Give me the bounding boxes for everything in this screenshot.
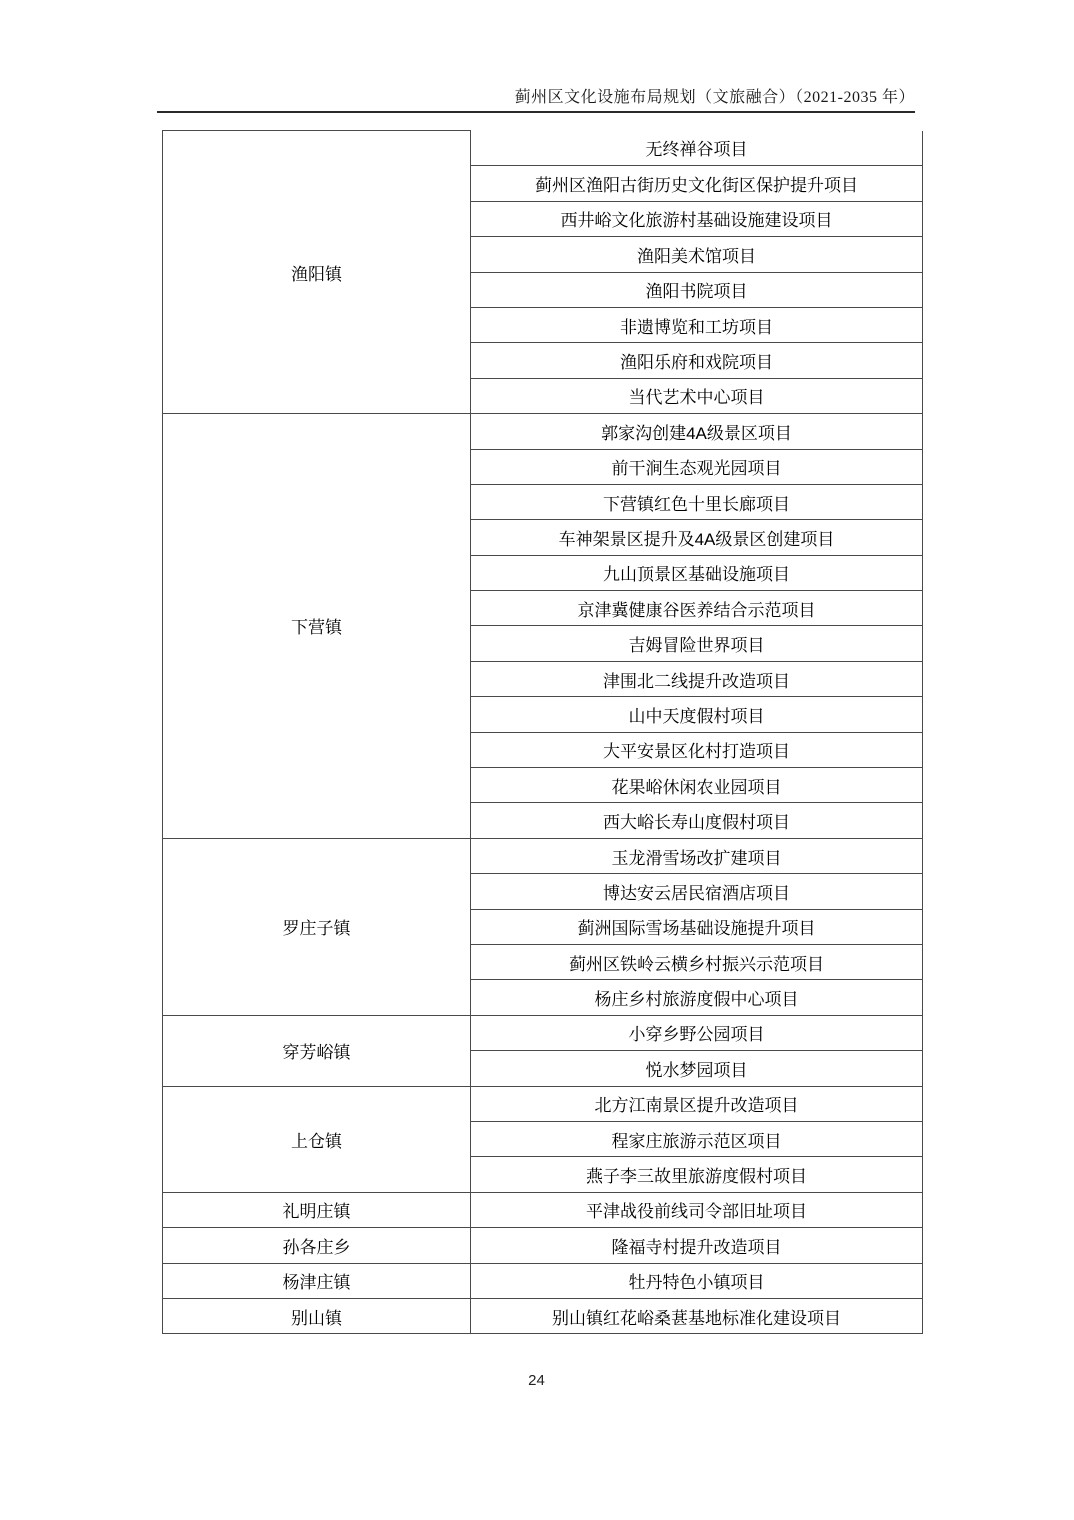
table-row: 穿芳峪镇小穿乡野公园项目 — [163, 1015, 923, 1050]
town-cell: 罗庄子镇 — [163, 838, 471, 1015]
project-cell: 郭家沟创建4A级景区项目 — [471, 414, 923, 449]
project-cell: 当代艺术中心项目 — [471, 378, 923, 413]
project-cell: 无终禅谷项目 — [471, 131, 923, 166]
project-cell: 大平安景区化村打造项目 — [471, 732, 923, 767]
project-cell: 下营镇红色十里长廊项目 — [471, 484, 923, 519]
table-row: 下营镇郭家沟创建4A级景区项目 — [163, 414, 923, 449]
project-cell: 别山镇红花峪桑葚基地标准化建设项目 — [471, 1298, 923, 1333]
project-cell: 蓟州区铁岭云横乡村振兴示范项目 — [471, 944, 923, 979]
project-cell: 车神架景区提升及4A级景区创建项目 — [471, 520, 923, 555]
project-cell: 渔阳书院项目 — [471, 272, 923, 307]
project-cell: 燕子李三故里旅游度假村项目 — [471, 1157, 923, 1192]
table-row: 孙各庄乡隆福寺村提升改造项目 — [163, 1228, 923, 1263]
project-cell: 小穿乡野公园项目 — [471, 1015, 923, 1050]
projects-table-body: 渔阳镇无终禅谷项目蓟州区渔阳古街历史文化街区保护提升项目西井峪文化旅游村基础设施… — [163, 131, 923, 1334]
project-cell: 西大峪长寿山度假村项目 — [471, 803, 923, 838]
town-cell: 礼明庄镇 — [163, 1192, 471, 1227]
project-cell: 蓟州区渔阳古街历史文化街区保护提升项目 — [471, 166, 923, 201]
town-cell: 渔阳镇 — [163, 131, 471, 414]
table-row: 渔阳镇无终禅谷项目 — [163, 131, 923, 166]
project-cell: 蓟洲国际雪场基础设施提升项目 — [471, 909, 923, 944]
project-cell: 程家庄旅游示范区项目 — [471, 1121, 923, 1156]
header-rule — [157, 111, 915, 113]
table-row: 别山镇别山镇红花峪桑葚基地标准化建设项目 — [163, 1298, 923, 1333]
project-cell: 山中天度假村项目 — [471, 697, 923, 732]
project-cell: 渔阳乐府和戏院项目 — [471, 343, 923, 378]
town-cell: 杨津庄镇 — [163, 1263, 471, 1298]
project-cell: 吉姆冒险世界项目 — [471, 626, 923, 661]
project-cell: 津围北二线提升改造项目 — [471, 661, 923, 696]
town-cell: 别山镇 — [163, 1298, 471, 1333]
town-cell: 穿芳峪镇 — [163, 1015, 471, 1086]
project-cell: 花果峪休闲农业园项目 — [471, 768, 923, 803]
document-header-title: 蓟州区文化设施布局规划（文旅融合）（2021-2035 年） — [158, 84, 915, 107]
project-cell: 玉龙滑雪场改扩建项目 — [471, 838, 923, 873]
page-number: 24 — [158, 1372, 915, 1389]
town-cell: 孙各庄乡 — [163, 1228, 471, 1263]
town-cell: 上仓镇 — [163, 1086, 471, 1192]
project-cell: 隆福寺村提升改造项目 — [471, 1228, 923, 1263]
table-row: 上仓镇北方江南景区提升改造项目 — [163, 1086, 923, 1121]
project-cell: 西井峪文化旅游村基础设施建设项目 — [471, 201, 923, 236]
project-cell: 平津战役前线司令部旧址项目 — [471, 1192, 923, 1227]
project-cell: 前干涧生态观光园项目 — [471, 449, 923, 484]
town-cell: 下营镇 — [163, 414, 471, 839]
project-cell: 杨庄乡村旅游度假中心项目 — [471, 980, 923, 1015]
table-row: 杨津庄镇牡丹特色小镇项目 — [163, 1263, 923, 1298]
document-page: 蓟州区文化设施布局规划（文旅融合）（2021-2035 年） 渔阳镇无终禅谷项目… — [0, 0, 1074, 1520]
table-row: 礼明庄镇平津战役前线司令部旧址项目 — [163, 1192, 923, 1227]
project-cell: 非遗博览和工坊项目 — [471, 307, 923, 342]
table-row: 罗庄子镇玉龙滑雪场改扩建项目 — [163, 838, 923, 873]
project-cell: 悦水梦园项目 — [471, 1051, 923, 1086]
project-cell: 京津冀健康谷医养结合示范项目 — [471, 591, 923, 626]
project-cell: 牡丹特色小镇项目 — [471, 1263, 923, 1298]
project-cell: 博达安云居民宿酒店项目 — [471, 874, 923, 909]
project-cell: 北方江南景区提升改造项目 — [471, 1086, 923, 1121]
project-cell: 九山顶景区基础设施项目 — [471, 555, 923, 590]
project-cell: 渔阳美术馆项目 — [471, 237, 923, 272]
projects-table: 渔阳镇无终禅谷项目蓟州区渔阳古街历史文化街区保护提升项目西井峪文化旅游村基础设施… — [162, 130, 923, 1334]
